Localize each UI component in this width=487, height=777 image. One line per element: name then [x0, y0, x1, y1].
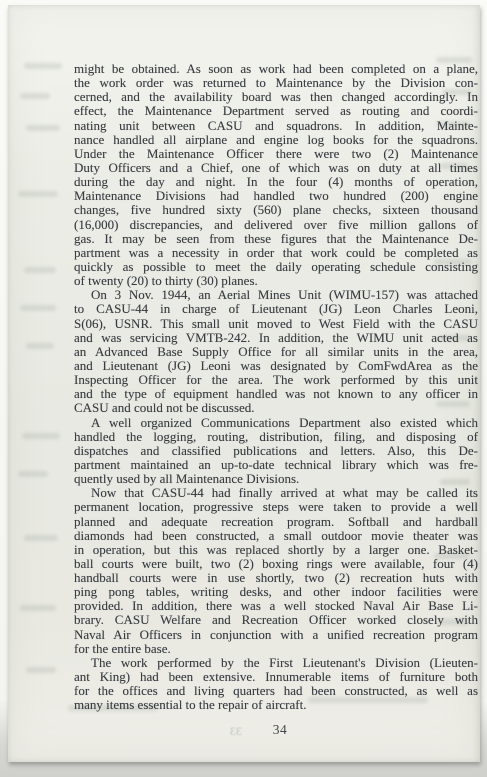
- text-column: might be obtained. As soon as work had b…: [74, 62, 478, 712]
- text-line: and the type of equipment handled was no…: [74, 387, 478, 401]
- text-line: gas. It may be seen from these figures t…: [74, 232, 478, 246]
- paragraph: The work performed by the First Lieutena…: [74, 656, 478, 713]
- text-line: ant King) had been extensive. Innumerabl…: [74, 670, 478, 684]
- text-line: Naval Air Officers in conjunction with a…: [74, 628, 478, 642]
- text-line: in operation, but this was replaced shor…: [74, 543, 478, 557]
- text-line: handled the logging, routing, distributi…: [74, 430, 478, 444]
- bleed-through-mark: [20, 93, 50, 99]
- text-line: Inspecting Officer for the area. The wor…: [74, 373, 478, 387]
- bleed-through-mark: [26, 125, 60, 131]
- text-line: Now that CASU-44 had finally arrived at …: [74, 486, 478, 500]
- text-line: quently used by all Maintenance Division…: [74, 472, 478, 486]
- bleed-through-mark: [22, 433, 60, 439]
- text-line: The work performed by the First Lieutena…: [74, 656, 478, 670]
- bleed-through-mark: [20, 605, 56, 611]
- text-line: changes, five hundred sixty (560) plane …: [74, 203, 478, 217]
- text-line: of twenty (20) to thirty (30) planes.: [74, 274, 478, 288]
- scanned-page: might be obtained. As soon as work had b…: [8, 5, 480, 762]
- text-line: Under the Maintenance Officer there were…: [74, 147, 478, 161]
- bleed-through-mark: [24, 535, 58, 541]
- text-line: On 3 Nov. 1944, an Aerial Mines Unit (WI…: [74, 288, 478, 302]
- bleed-through-mark: [24, 63, 62, 69]
- text-line: for the entire base.: [74, 642, 478, 656]
- paragraph: A well organized Communications Departme…: [74, 416, 478, 487]
- bleed-through-mark: [20, 305, 56, 311]
- paragraph: might be obtained. As soon as work had b…: [74, 62, 478, 288]
- text-line: partment maintained an up-to-date techni…: [74, 458, 478, 472]
- text-line: CASU and could not be discussed.: [74, 401, 478, 415]
- text-line: nating unit between CASU and squadrons. …: [74, 119, 478, 133]
- text-line: and was servicing VMTB-242. In addition,…: [74, 331, 478, 345]
- text-line: handball courts were in use shortly, two…: [74, 571, 478, 585]
- bleed-through-mark: [26, 667, 56, 673]
- text-line: (16,000) discrepancies, and delivered ov…: [74, 218, 478, 232]
- paragraph: Now that CASU-44 had finally arrived at …: [74, 486, 478, 656]
- text-line: effect, the Maintenance Department serve…: [74, 104, 478, 118]
- bleed-through-mark: [26, 343, 54, 349]
- text-line: to CASU-44 in charge of Lieutenant (JG) …: [74, 302, 478, 316]
- text-line: and Lieutenant (JG) Leoni was designated…: [74, 359, 478, 373]
- bleed-through-mark: [18, 471, 48, 477]
- bleed-through-mark: [24, 267, 56, 273]
- text-line: the work order was returned to Maintenan…: [74, 76, 478, 90]
- text-line: for the offices and living quarters had …: [74, 684, 478, 698]
- text-line: partment was a necessity in order that w…: [74, 246, 478, 260]
- text-line: permanent location, progressive steps we…: [74, 500, 478, 514]
- scan-background: might be obtained. As soon as work had b…: [0, 0, 487, 777]
- text-line: ball courts were built, two (2) boxing r…: [74, 557, 478, 571]
- text-line: provided. In addition, there was a well …: [74, 599, 478, 613]
- text-line: planned and adequate recreation program.…: [74, 515, 478, 529]
- text-line: an Advanced Base Supply Office for all s…: [74, 345, 478, 359]
- text-line: many items essential to the repair of ai…: [74, 698, 478, 712]
- bleed-through-mark: [18, 191, 58, 197]
- paragraph: On 3 Nov. 1944, an Aerial Mines Unit (WI…: [74, 288, 478, 415]
- text-line: diamonds had been constructed, a small o…: [74, 529, 478, 543]
- text-line: brary. CASU Welfare and Recreation Offic…: [74, 613, 478, 627]
- folio-row: 34: [74, 721, 478, 739]
- text-line: Duty Officers and a Chief, one of which …: [74, 161, 478, 175]
- text-line: dispatches and classified publications a…: [74, 444, 478, 458]
- text-line: S(06), USNR. This small unit moved to We…: [74, 317, 478, 331]
- text-line: A well organized Communications Departme…: [74, 416, 478, 430]
- text-line: during the day and night. In the four (4…: [74, 175, 478, 189]
- text-line: cerned, and the availability board was t…: [74, 90, 478, 104]
- page-number: 34: [273, 722, 288, 738]
- text-line: might be obtained. As soon as work had b…: [74, 62, 478, 76]
- text-line: ping pong tables, writing desks, and oth…: [74, 585, 478, 599]
- text-line: nance handled all airplane and engine lo…: [74, 133, 478, 147]
- text-line: quickly as possible to meet the daily op…: [74, 260, 478, 274]
- text-line: Maintenance Divisions had handled two hu…: [74, 189, 478, 203]
